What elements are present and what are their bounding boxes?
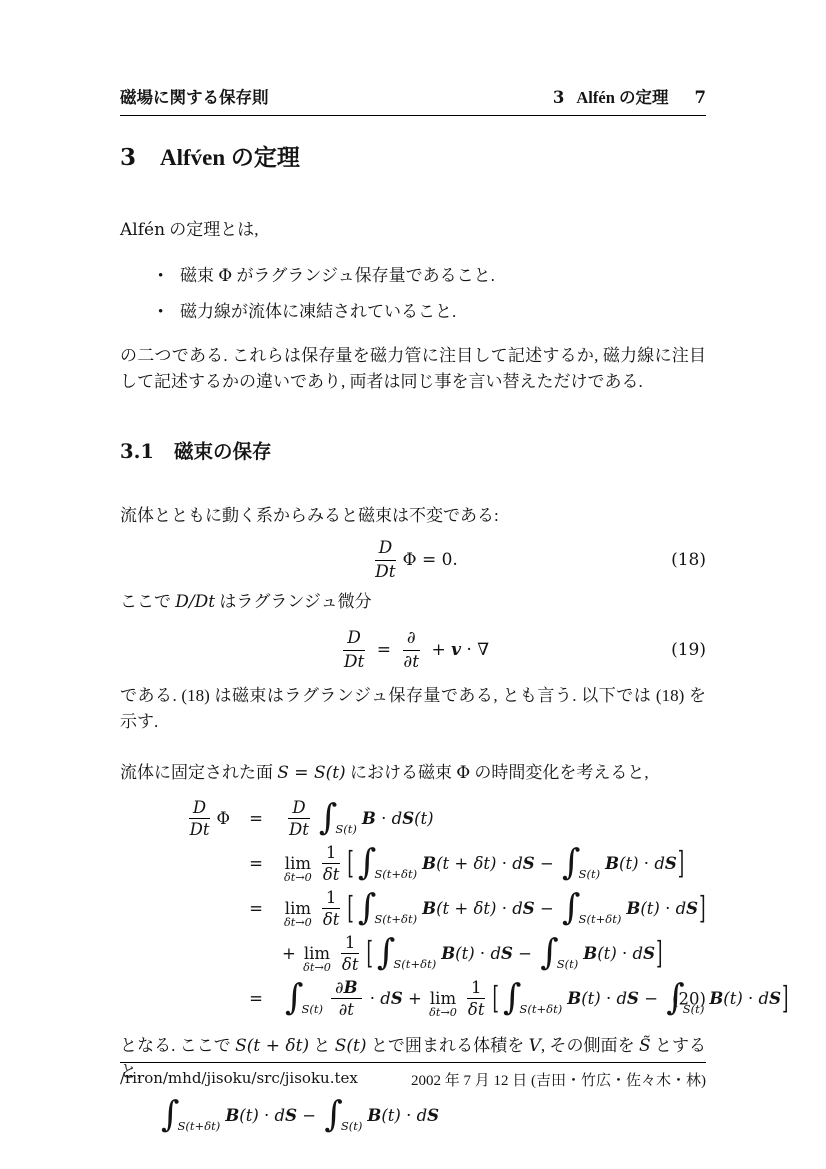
equation-19: DDt = ∂∂t + v · ∇ (19) — [120, 622, 706, 678]
document-page: 磁場に関する保存則 3 Alfén の定理 7 3 Alfv́en の定理 Al… — [0, 0, 826, 1169]
equation-19-label: (19) — [671, 640, 706, 660]
equation-20-line-5: = ∫S(t)∂B∂t · dS + limδt→01δt[∫S(t+δt)B(… — [120, 976, 706, 1021]
running-head-left: 磁場に関する保存則 — [120, 84, 269, 108]
page-header: 磁場に関する保存則 3 Alfén の定理 7 — [120, 84, 706, 116]
equation-rhs: limδt→01δt[∫S(t+δt)B(t + δt) · dS − ∫S(t… — [282, 844, 685, 884]
page-body: 3 Alfv́en の定理 Alfén の定理とは, • 磁束 Φ がラグランジ… — [120, 130, 706, 1138]
equation-relation: = — [230, 989, 282, 1008]
running-head-right: 3 Alfén の定理 7 — [553, 84, 706, 108]
equation-line: ∫S(t+δt)B(t) · dS − ∫S(t)B(t) · dS — [120, 1093, 706, 1138]
bullet-list: • 磁束 Φ がラグランジュ保存量であること. • 磁力線が流体に凍結されている… — [120, 264, 706, 324]
footer-file-path: /riron/mhd/jisoku/src/jisoku.tex — [120, 1069, 358, 1090]
list-item-text: 磁束 Φ がラグランジュ保存量であること. — [180, 264, 495, 288]
equation-20: DDtΦ = DDt∫S(t)B · dS(t) = limδt→01δt[∫S… — [120, 796, 706, 1021]
section-number: 3 — [120, 144, 136, 171]
equation-body: ∫S(t+δt)B(t) · dS − ∫S(t)B(t) · dS — [158, 1101, 439, 1129]
equation-rhs: DDt∫S(t)B · dS(t) — [282, 799, 434, 839]
equation-18-body: DDtΦ = 0. — [368, 539, 458, 580]
equation-18: DDtΦ = 0. (18) — [120, 534, 706, 586]
equation-rhs: ∫S(t)∂B∂t · dS + limδt→01δt[∫S(t+δt)B(t)… — [282, 979, 789, 1019]
paragraph-flux: 流体とともに動く系からみると磁束は不変である: — [120, 503, 706, 529]
paragraph-lagrange: ここで D/Dt はラグランジュ微分 — [120, 589, 706, 615]
paragraph-surface: 流体に固定された面 S = S(t) における磁束 Φ の時間変化を考えると, — [120, 760, 706, 786]
equation-relation: = — [230, 809, 282, 828]
bullet-icon: • — [158, 264, 180, 288]
equation-rhs: limδt→01δt[∫S(t+δt)B(t + δt) · dS − ∫S(t… — [282, 889, 707, 929]
list-item-text: 磁力線が流体に凍結されていること. — [180, 300, 456, 324]
equation-18-label: (18) — [671, 550, 706, 570]
paragraph-two: の二つである. これらは保存量を磁力管に注目して記述するか, 磁力線に注目して記… — [120, 343, 706, 395]
subsection-heading: 3.1 磁束の保存 — [120, 436, 706, 464]
equation-relation: = — [230, 899, 282, 918]
equation-20-label: (20) — [672, 989, 706, 1008]
page-number: 7 — [695, 88, 706, 107]
subsection-number: 3.1 — [120, 440, 154, 463]
running-head-section-number: 3 — [553, 88, 564, 107]
equation-19-body: DDt = ∂∂t + v · ∇ — [337, 629, 489, 670]
bullet-icon: • — [158, 300, 180, 324]
equation-20-line-1: DDtΦ = DDt∫S(t)B · dS(t) — [120, 796, 706, 841]
equation-relation: = — [230, 854, 282, 873]
list-item: • 磁力線が流体に凍結されていること. — [120, 300, 706, 324]
equation-unnumbered: ∫S(t+δt)B(t) · dS − ∫S(t)B(t) · dS — [120, 1093, 706, 1138]
paragraph-intro: Alfén の定理とは, — [120, 217, 706, 243]
paragraph-dearu: である. (18) は磁束はラグランジュ保存量である, とも言う. 以下では (… — [120, 683, 706, 735]
list-item: • 磁束 Φ がラグランジュ保存量であること. — [120, 264, 706, 288]
page-footer: /riron/mhd/jisoku/src/jisoku.tex 2002 年 … — [120, 1062, 706, 1090]
running-head-section-title: Alfén の定理 — [576, 84, 668, 108]
section-heading: 3 Alfv́en の定理 — [120, 139, 706, 172]
equation-lhs: DDtΦ — [158, 799, 230, 839]
equation-20-line-3: = limδt→01δt[∫S(t+δt)B(t + δt) · dS − ∫S… — [120, 886, 706, 931]
section-title: Alfv́en の定理 — [160, 139, 300, 172]
subsection-title: 磁束の保存 — [174, 436, 272, 464]
equation-rhs: + limδt→01δt[∫S(t+δt)B(t) · dS − ∫S(t)B(… — [282, 934, 663, 974]
equation-20-line-4: + limδt→01δt[∫S(t+δt)B(t) · dS − ∫S(t)B(… — [120, 931, 706, 976]
equation-20-line-2: = limδt→01δt[∫S(t+δt)B(t + δt) · dS − ∫S… — [120, 841, 706, 886]
footer-date-authors: 2002 年 7 月 12 日 (吉田・竹広・佐々木・林) — [411, 1069, 706, 1090]
